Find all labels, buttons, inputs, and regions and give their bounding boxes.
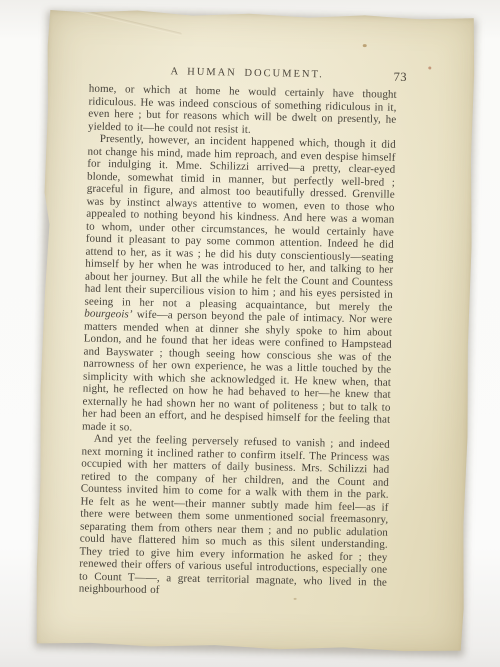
paper-crease — [64, 6, 182, 36]
foxing-speck — [363, 44, 367, 47]
foxing-speck — [428, 66, 431, 69]
book-page: A HUMAN DOCUMENT. 73 home, or which at h… — [35, 8, 477, 653]
page-number: 73 — [393, 70, 407, 85]
photo-background: A HUMAN DOCUMENT. 73 home, or which at h… — [0, 0, 500, 667]
paragraph: home, or which at home he would certainl… — [88, 83, 397, 139]
body-text: home, or which at home he would certainl… — [88, 83, 397, 136]
body-text: wife—a person beyond the pale of intimac… — [82, 309, 392, 434]
paragraph: And yet the feeling perversely refused t… — [79, 433, 390, 602]
body-text: And yet the feeling perversely refused t… — [79, 433, 390, 596]
page-text: home, or which at home he would certainl… — [79, 83, 397, 602]
running-header-title: A HUMAN DOCUMENT. — [89, 65, 405, 82]
italic-text: bourgeois’ — [84, 308, 132, 321]
body-text: Presently, however, an incident happened… — [84, 133, 395, 313]
paragraph: Presently, however, an incident happened… — [82, 133, 396, 439]
running-header: A HUMAN DOCUMENT. 73 — [89, 65, 405, 85]
